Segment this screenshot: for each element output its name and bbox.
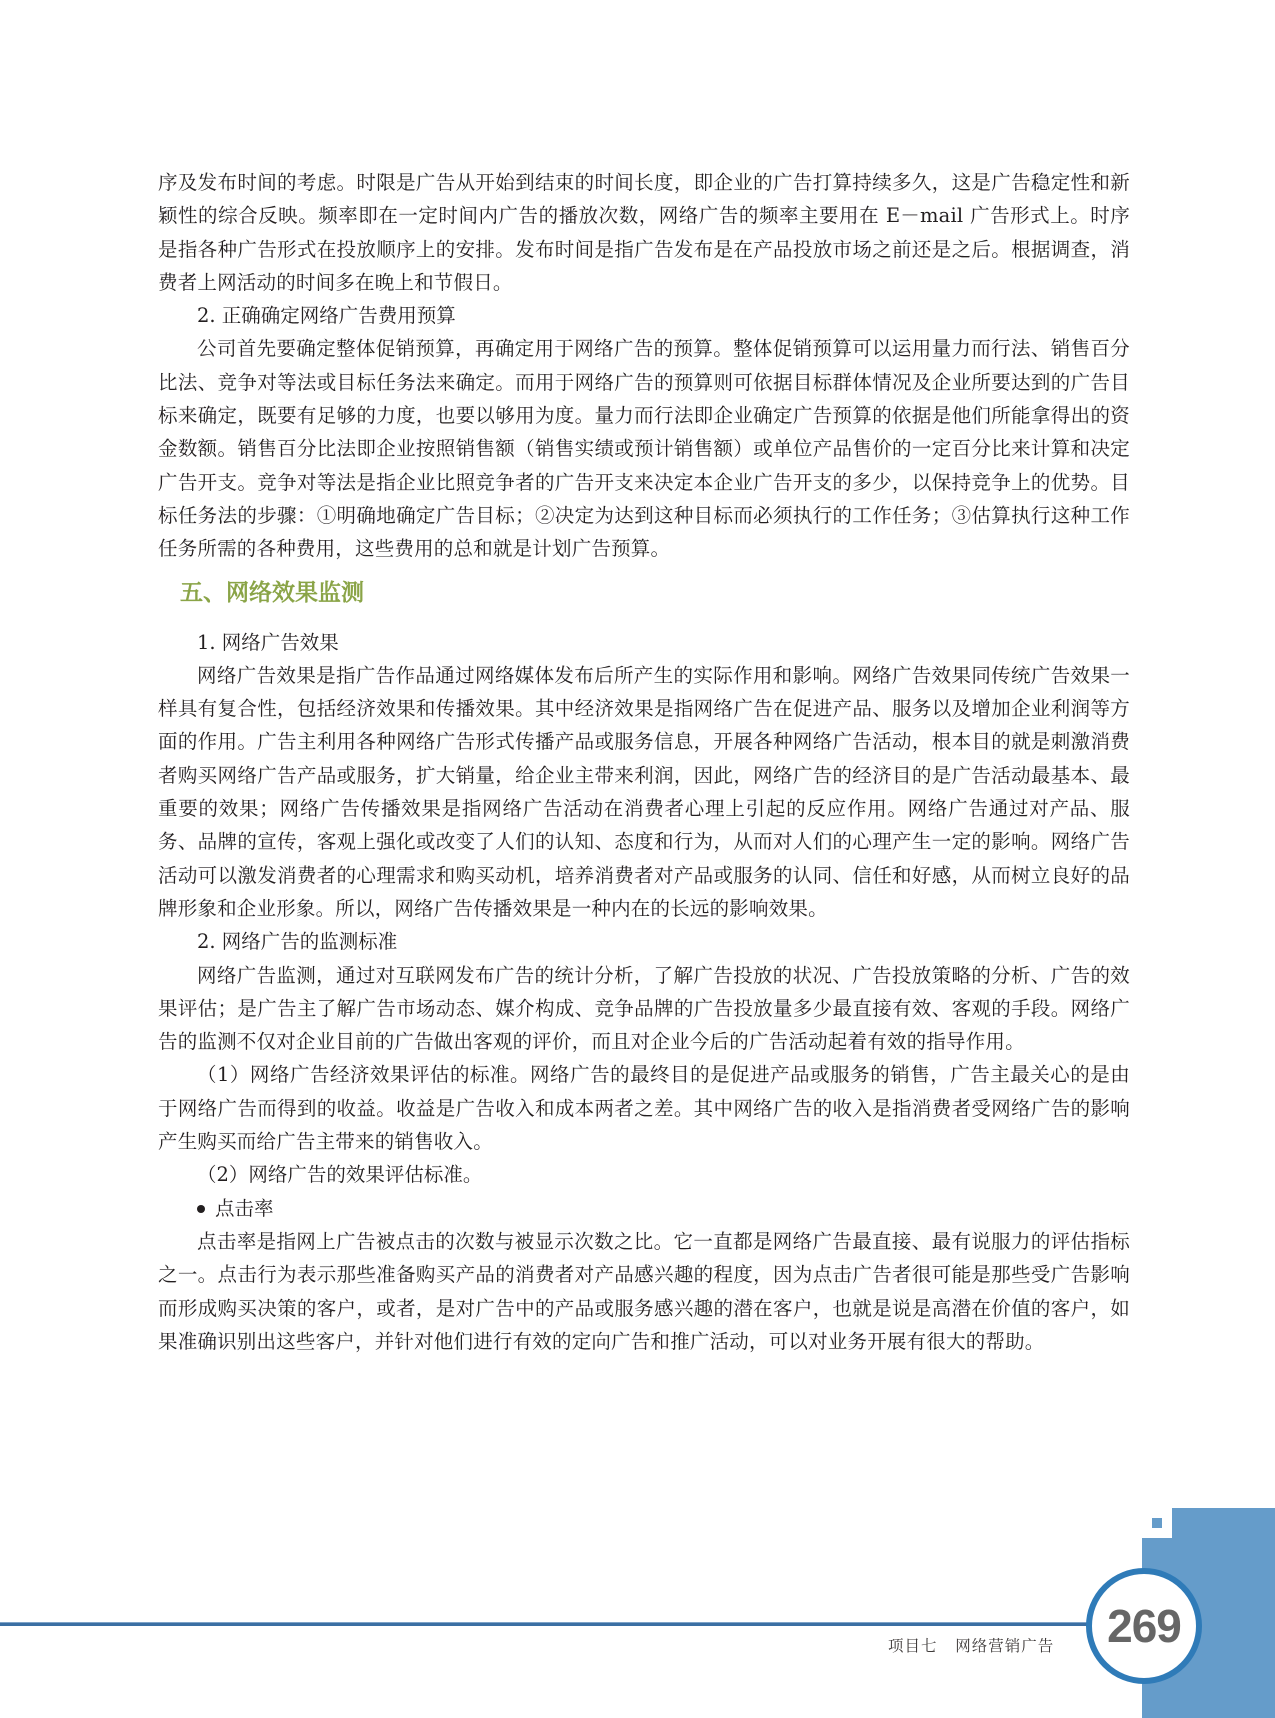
page-number-badge: 269 — [1086, 1568, 1202, 1684]
paragraph-click-rate: 点击率是指网上广告被点击的次数与被显示次数之比。它一直都是网络广告最直接、最有说… — [158, 1225, 1130, 1358]
decorative-blue-square — [1152, 1518, 1162, 1528]
subheading-monitoring-standard: 2. 网络广告的监测标准 — [158, 925, 1130, 958]
paragraph-economic-standard: （1）网络广告经济效果评估的标准。网络广告的最终目的是促进产品或服务的销售，广告… — [158, 1058, 1130, 1158]
paragraph-monitoring: 网络广告监测，通过对互联网发布广告的统计分析，了解广告投放的状况、广告投放策略的… — [158, 959, 1130, 1059]
section-title: 五、网络效果监测 — [180, 578, 1130, 608]
subheading-ad-effect: 1. 网络广告效果 — [158, 626, 1130, 659]
page-body: 序及发布时间的考虑。时限是广告从开始到结束的时间长度，即企业的广告打算持续多久，… — [158, 166, 1130, 1358]
paragraph-ad-effect: 网络广告效果是指广告作品通过网络媒体发布后所产生的实际作用和影响。网络广告效果同… — [158, 659, 1130, 925]
footer-rule — [0, 1622, 1090, 1626]
bullet-click-rate: 点击率 — [158, 1192, 1130, 1225]
footer-chapter-title: 项目七 网络营销广告 — [888, 1634, 1054, 1656]
page-number: 269 — [1107, 1599, 1181, 1653]
subheading-effect-standard: （2）网络广告的效果评估标准。 — [158, 1158, 1130, 1191]
paragraph-timing: 序及发布时间的考虑。时限是广告从开始到结束的时间长度，即企业的广告打算持续多久，… — [158, 166, 1130, 299]
subheading-budget: 2. 正确确定网络广告费用预算 — [158, 299, 1130, 332]
paragraph-budget: 公司首先要确定整体促销预算，再确定用于网络广告的预算。整体促销预算可以运用量力而… — [158, 332, 1130, 565]
decorative-blue-step — [1172, 1508, 1275, 1538]
